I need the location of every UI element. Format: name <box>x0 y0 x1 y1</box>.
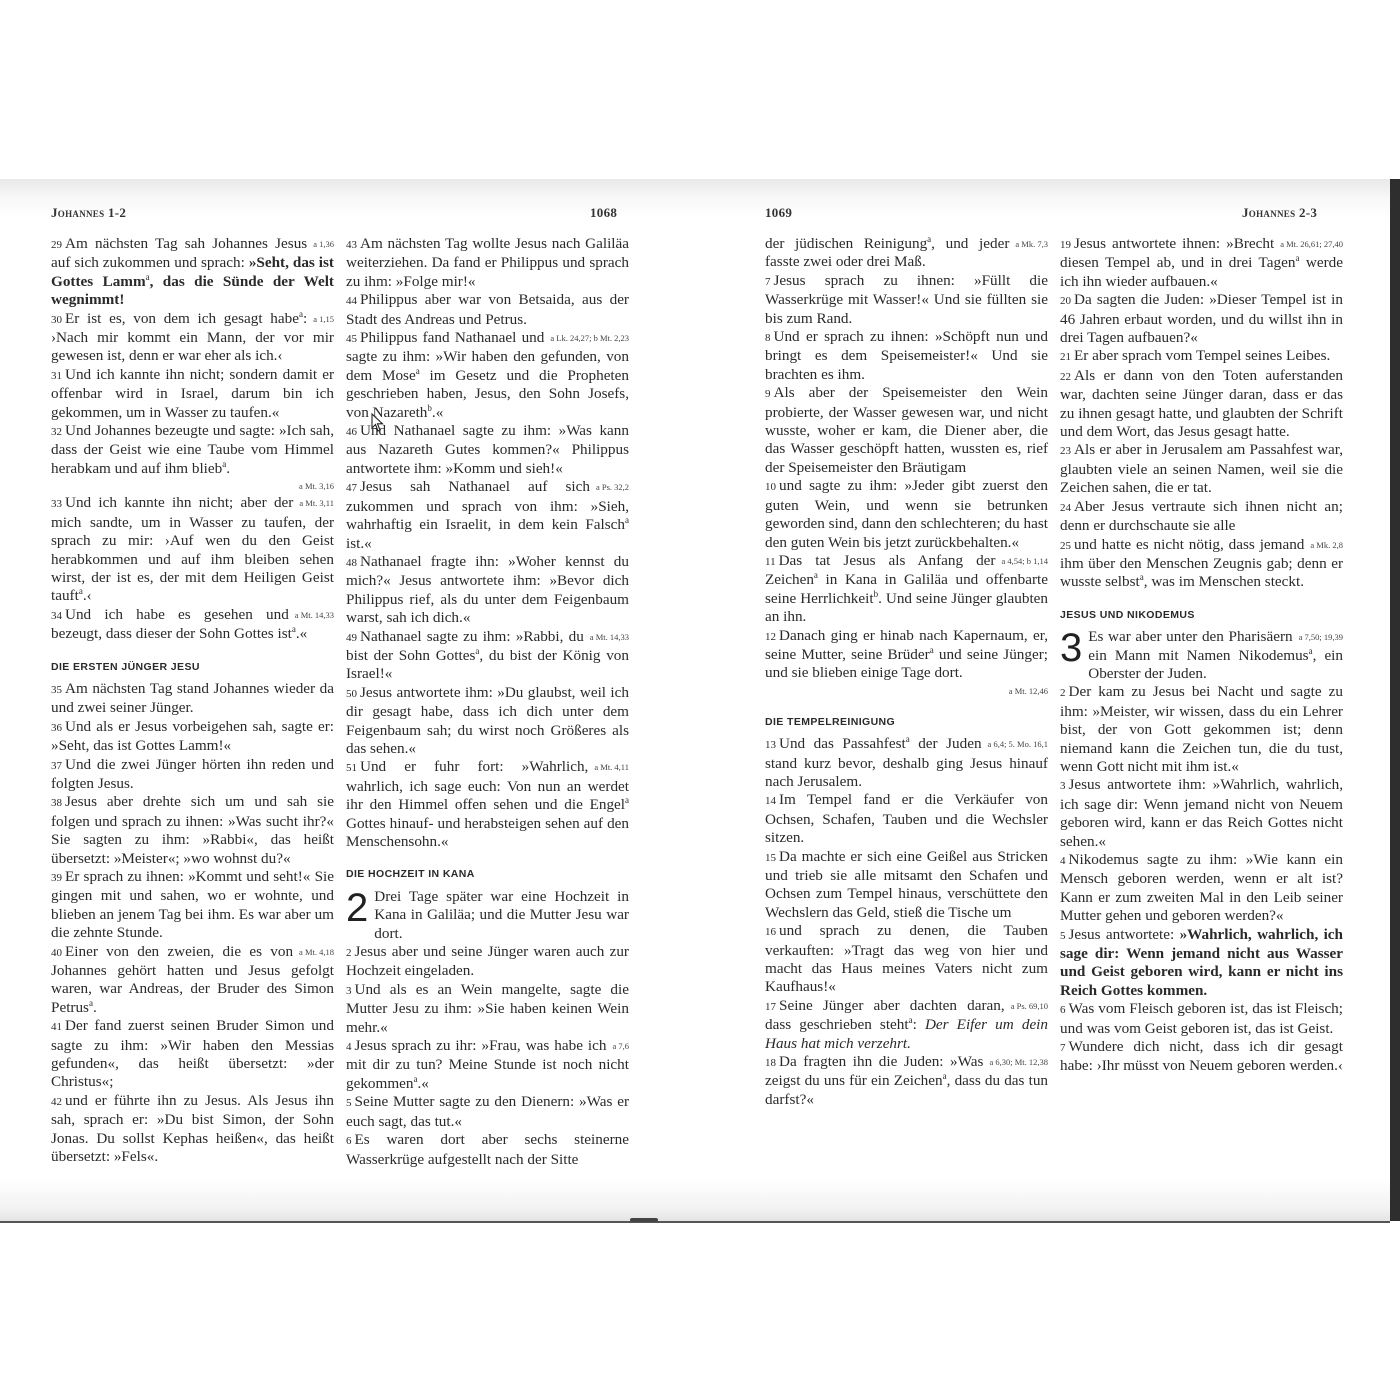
verse-text: Er sprach zu ihnen: »Kommt und seht!« Si… <box>51 868 334 941</box>
cross-reference: a Mt. 26,61; 27,40 <box>1280 235 1343 253</box>
verse-text: Und er fuhr fort: »Wahrlich, wahrlich, i… <box>346 758 629 813</box>
verse-text: Aber Jesus vertraute sich ihnen nicht an… <box>1060 498 1343 534</box>
cross-reference: a Mt. 4,11 <box>594 758 629 776</box>
verse-number: 42 <box>51 1096 62 1108</box>
verse-text: Und ich kannte ihn nicht; sondern damit … <box>51 366 334 421</box>
verse: 20Da sagten die Juden: »Dieser Tempel is… <box>1060 291 1343 347</box>
verse: a Ps. 69,1017Seine Jünger aber dachten d… <box>765 997 1048 1053</box>
verse-number: 11 <box>765 556 776 568</box>
verse-text: Er aber sprach vom Tempel seines Leibes. <box>1074 347 1330 364</box>
verse: 35Am nächsten Tag stand Johannes wieder … <box>51 680 334 718</box>
verse: 15Da machte er sich eine Geißel aus Stri… <box>765 848 1048 923</box>
verse-text: : <box>913 1016 925 1033</box>
verse-text: Jesus antwortete: <box>1069 926 1180 943</box>
verse-number: 12 <box>765 631 776 643</box>
verse-number: 15 <box>765 852 776 864</box>
verse: 5Jesus antwortete: »Wahrlich, wahrlich, … <box>1060 926 1343 1001</box>
verse-text: Am nächsten Tag wollte Jesus nach Galilä… <box>346 235 629 290</box>
verse-number: 4 <box>346 1041 352 1053</box>
verse: 22Als er dann von den Toten auferstanden… <box>1060 367 1343 442</box>
verse: 39Er sprach zu ihnen: »Kommt und seht!« … <box>51 868 334 943</box>
verse: 2Der kam zu Jesus bei Nacht und sagte zu… <box>1060 683 1343 776</box>
verse-text: Nathanael fragte ihn: »Woher kennst du m… <box>346 553 629 626</box>
verse-text: Und die zwei Jünger hörten ihn reden und… <box>51 756 334 792</box>
verse-text: .« <box>432 404 443 421</box>
verse-text: Jesus antwortete ihm: »Du glaubst, weil … <box>346 684 629 757</box>
verse: 16und sprach zu denen, die Tauben verkau… <box>765 922 1048 997</box>
verse-text: .« <box>296 625 307 642</box>
verse-text: und er führte ihn zu Jesus. Als Jesus ih… <box>51 1092 334 1165</box>
verse-number: 3 <box>346 985 352 997</box>
verse-text: ist.« <box>346 535 372 552</box>
left-page-column-1: a 1,3629Am nächsten Tag sah Johannes Jes… <box>51 235 334 1167</box>
verse-text: Und Johannes bezeugte und sagte: »Ich sa… <box>51 422 334 477</box>
verse-text: Als er dann von den Toten auferstanden w… <box>1060 367 1343 440</box>
verse: 21Er aber sprach vom Tempel seines Leibe… <box>1060 347 1343 366</box>
cross-reference: a Mt. 14,33 <box>295 606 334 624</box>
verse-number: 41 <box>51 1021 62 1033</box>
verse-number: 49 <box>346 632 357 644</box>
verse: a 6,30; Mt. 12,3818Da fragten ihn die Ju… <box>765 1053 1048 1109</box>
verse-text: Und er sprach zu ihnen: »Schöpft nun und… <box>765 328 1048 383</box>
verse-number: 47 <box>346 482 357 494</box>
verse-number: 6 <box>346 1135 352 1147</box>
verse: 10und sagte zu ihm: »Jeder gibt zuerst d… <box>765 477 1048 552</box>
verse: 24Aber Jesus vertraute sich ihnen nicht … <box>1060 498 1343 536</box>
verse: 38Jesus aber drehte sich um und sah sie … <box>51 793 334 868</box>
verse-text: Am nächsten Tag stand Johannes wieder da… <box>51 680 334 716</box>
verse-number: 30 <box>51 314 62 326</box>
verse: a Mt. 26,61; 27,4019Jesus antwortete ihn… <box>1060 235 1343 291</box>
verse-number: 14 <box>765 795 776 807</box>
verse-number: 37 <box>51 760 62 772</box>
verse-text: Philippus aber war von Betsaida, aus der… <box>346 291 629 327</box>
verse: 7Jesus sprach zu ihnen: »Füllt die Wasse… <box>765 272 1048 328</box>
verse-number: 4 <box>1060 855 1066 867</box>
verse-number: 32 <box>51 426 62 438</box>
cross-reference: a 1,36 <box>313 235 334 253</box>
section-heading: JESUS UND NIKODEMUS <box>1060 606 1343 624</box>
verse-text: Und Nathanael sagte zu ihm: »Was kann au… <box>346 422 629 477</box>
verse: a 1,1530Er ist es, von dem ich gesagt ha… <box>51 310 334 366</box>
verse-number: 31 <box>51 370 62 382</box>
verse-number: 10 <box>765 481 776 493</box>
verse: a 6,4; 5. Mo. 16,113Und das Passahfesta … <box>765 735 1048 791</box>
verse: a 4,54; b 1,1411Das tat Jesus als Anfang… <box>765 552 1048 627</box>
verse-number: 2 <box>1060 687 1066 699</box>
verse-text: Jesus aber drehte sich um und sah sie fo… <box>51 793 334 866</box>
verse-number: 3 <box>1060 780 1066 792</box>
verse: 32Und Johannes bezeugte und sagte: »Ich … <box>51 422 334 478</box>
section-heading: DIE HOCHZEIT IN KANA <box>346 865 629 883</box>
cross-reference: a Lk. 24,27; b Mt. 2,23 <box>550 329 629 347</box>
verse-number: 44 <box>346 295 357 307</box>
left-page-column-2: 43Am nächsten Tag wollte Jesus nach Gali… <box>346 235 629 1169</box>
verse: 6Was vom Fleisch geboren ist, das ist Fl… <box>1060 1000 1343 1038</box>
verse: a Mk. 2,825und hatte es nicht nötig, das… <box>1060 536 1343 592</box>
cross-reference: a 4,54; b 1,14 <box>1001 552 1048 570</box>
verse-number: 24 <box>1060 502 1071 514</box>
chapter-opening: 2Drei Tage später war eine Hochzeit in K… <box>346 888 629 943</box>
verse-text: Da sagten die Juden: »Dieser Tempel ist … <box>1060 291 1343 346</box>
book-right-edge <box>1390 179 1400 1221</box>
verse-number: 35 <box>51 684 62 696</box>
cross-reference: a Mt. 14,33 <box>590 628 629 646</box>
cross-reference: a Mk. 2,8 <box>1310 536 1343 554</box>
cross-reference: a Mt. 3,16 <box>51 478 334 494</box>
cross-reference: a 7,6 <box>612 1037 629 1055</box>
verse: 37Und die zwei Jünger hörten ihn reden u… <box>51 756 334 794</box>
verse: 6Es waren dort aber sechs steinerne Wass… <box>346 1131 629 1169</box>
verse-number: 18 <box>765 1057 776 1069</box>
verse-number: 48 <box>346 557 357 569</box>
verse: 31Und ich kannte ihn nicht; sondern dami… <box>51 366 334 422</box>
verse-text: Und ich habe es gesehen und bezeugt, das… <box>51 606 292 642</box>
verse-text: Nikodemus sagte zu ihm: »Wie kann ein Me… <box>1060 851 1343 924</box>
verse: a Mk. 7,3der jüdischen Reinigunga, und j… <box>765 235 1048 272</box>
verse: a Mt. 3,1133Und ich kannte ihn nicht; ab… <box>51 494 334 605</box>
verse: a Ps. 32,247Jesus sah Nathanael auf sich… <box>346 478 629 553</box>
chapter-number: 2 <box>346 891 368 925</box>
verse-text: Jesus sprach zu ihr: »Frau, was habe ich… <box>346 1037 629 1092</box>
verse-text: Gottes hinauf- und herabsteigen sehen au… <box>346 815 629 850</box>
verse: 7Wundere dich nicht, dass ich dir gesagt… <box>1060 1038 1343 1076</box>
verse: 48Nathanael fragte ihn: »Woher kennst du… <box>346 553 629 628</box>
verse: a Mt. 4,1840Einer von den zweien, die es… <box>51 943 334 1018</box>
verse-number: 19 <box>1060 239 1071 251</box>
verse: 5Seine Mutter sagte zu den Dienern: »Was… <box>346 1093 629 1131</box>
verse-number: 22 <box>1060 371 1071 383</box>
cross-reference: a Ps. 32,2 <box>596 478 629 496</box>
left-page-number: 1068 <box>590 205 617 221</box>
verse-text: der jüdischen Reinigung <box>765 235 927 252</box>
verse-text: Was vom Fleisch geboren ist, das ist Fle… <box>1060 1000 1343 1036</box>
verse-text: Es war aber unter den Pharisäern ein Man… <box>1088 628 1308 663</box>
verse-text: Und ich kannte ihn nicht; aber der mich … <box>51 494 334 604</box>
verse-number: 29 <box>51 239 62 251</box>
verse: 4Nikodemus sagte zu ihm: »Wie kann ein M… <box>1060 851 1343 926</box>
verse-text: . <box>226 460 230 477</box>
verse-text: Da machte er sich eine Geißel aus Strick… <box>765 848 1048 921</box>
verse-number: 51 <box>346 762 357 774</box>
mouse-cursor-icon <box>371 413 385 433</box>
verse-text: Er ist es, von dem ich gesagt habe <box>65 310 299 327</box>
verse-text: Jesus aber und seine Jünger waren auch z… <box>346 943 629 979</box>
verse: a Mt. 14,3349Nathanael sagte zu ihm: »Ra… <box>346 628 629 684</box>
verse-text: Und als er Jesus vorbeigehen sah, sagte … <box>51 718 334 754</box>
verse-text: und sagte zu ihm: »Jeder gibt zuerst den… <box>765 477 1048 550</box>
verse-text: Und das Passahfest <box>779 735 906 752</box>
verse-number: 5 <box>346 1097 352 1109</box>
verse-number: 50 <box>346 688 357 700</box>
left-running-head: Johannes 1-2 <box>51 205 126 221</box>
verse: a Lk. 24,27; b Mt. 2,2345Philippus fand … <box>346 329 629 422</box>
verse-text: Im Tempel fand er die Verkäufer von Ochs… <box>765 791 1048 846</box>
verse: 36Und als er Jesus vorbeigehen sah, sagt… <box>51 718 334 756</box>
verse: 3Und als es an Wein mangelte, sagte die … <box>346 981 629 1037</box>
verse-number: 17 <box>765 1001 776 1013</box>
verse-text: .« <box>417 1075 428 1092</box>
verse-text: Und als es an Wein mangelte, sagte die M… <box>346 981 629 1036</box>
verse-text: . <box>93 999 97 1016</box>
verse: 41Der fand zuerst seinen Bruder Simon un… <box>51 1017 334 1092</box>
verse-number: 25 <box>1060 540 1071 552</box>
cross-reference: a Mt. 3,11 <box>299 494 334 512</box>
verse-number: 2 <box>346 947 352 959</box>
verse: 3Jesus antwortete ihm: »Wahrlich, wahrli… <box>1060 776 1343 851</box>
verse-text: Seine Mutter sagte zu den Dienern: »Was … <box>346 1093 629 1129</box>
verse-number: 45 <box>346 333 357 345</box>
verse-number: 7 <box>765 276 771 288</box>
verse-text: Jesus sah Nathanael auf sich zukommen un… <box>346 478 629 533</box>
right-page-number: 1069 <box>765 205 792 221</box>
verse: a Mt. 4,1151Und er fuhr fort: »Wahrlich,… <box>346 758 629 851</box>
chapter-opening: 3a 7,50; 19,39Es war aber unter den Phar… <box>1060 628 1343 683</box>
verse: a Mt. 14,3334Und ich habe es gesehen und… <box>51 606 334 644</box>
verse-text: Der fand zuerst seinen Bruder Simon und … <box>51 1017 334 1090</box>
verse-text: Jesus antwortete ihnen: »Brecht diesen T… <box>1060 235 1295 271</box>
verse-text: .‹ <box>83 587 92 604</box>
verse-text: Drei Tage später war eine Hochzeit in Ka… <box>374 888 629 942</box>
verse: a 7,64Jesus sprach zu ihr: »Frau, was ha… <box>346 1037 629 1093</box>
verse-number: 8 <box>765 332 771 344</box>
verse-number: 43 <box>346 239 357 251</box>
cross-reference: a Ps. 69,10 <box>1011 997 1048 1015</box>
verse-number: 38 <box>51 797 62 809</box>
verse: 9Als aber der Speisemeister den Wein pro… <box>765 384 1048 477</box>
verse: 42und er führte ihn zu Jesus. Als Jesus … <box>51 1092 334 1167</box>
verse-number: 21 <box>1060 351 1071 363</box>
verse-text: Der kam zu Jesus bei Nacht und sagte zu … <box>1060 683 1343 775</box>
chapter-number: 3 <box>1060 631 1082 665</box>
cross-reference: a 1,15 <box>313 310 334 328</box>
verse-number: 13 <box>765 739 776 751</box>
cross-reference: a Mt. 4,18 <box>299 943 334 961</box>
right-page-column-1: a Mk. 7,3der jüdischen Reinigunga, und j… <box>765 235 1048 1109</box>
verse-text: Jesus sprach zu ihnen: »Füllt die Wasser… <box>765 272 1048 327</box>
verse-text: Wundere dich nicht, dass ich dir gesagt … <box>1060 1038 1343 1074</box>
verse-text: und sprach zu denen, die Tauben verkauft… <box>765 922 1048 995</box>
verse-number: 16 <box>765 926 776 938</box>
cross-reference: a Mt. 12,46 <box>765 683 1048 699</box>
verse: 8Und er sprach zu ihnen: »Schöpft nun un… <box>765 328 1048 384</box>
verse-number: 36 <box>51 722 62 734</box>
cross-reference: a 6,4; 5. Mo. 16,1 <box>988 735 1048 753</box>
verse: 23Als er aber in Jerusalem am Passahfest… <box>1060 441 1343 497</box>
verse: 46Und Nathanael sagte zu ihm: »Was kann … <box>346 422 629 478</box>
verse: a 1,3629Am nächsten Tag sah Johannes Jes… <box>51 235 334 310</box>
footnote-marker: a <box>625 515 629 525</box>
section-heading: DIE ERSTEN JÜNGER JESU <box>51 658 334 676</box>
verse: 50Jesus antwortete ihm: »Du glaubst, wei… <box>346 684 629 759</box>
footnote-marker: a <box>625 795 629 805</box>
verse-number: 9 <box>765 388 771 400</box>
verse-number: 23 <box>1060 445 1071 457</box>
verse-text: Jesus antwortete ihm: »Wahrlich, wahrlic… <box>1060 776 1343 849</box>
right-running-head: Johannes 2-3 <box>1242 205 1317 221</box>
gutter-mark <box>630 1218 658 1222</box>
verse: 12Danach ging er hinab nach Kapernaum, e… <box>765 627 1048 683</box>
verse-number: 46 <box>346 426 357 438</box>
verse: 43Am nächsten Tag wollte Jesus nach Gali… <box>346 235 629 291</box>
verse-number: 34 <box>51 610 62 622</box>
verse-number: 20 <box>1060 295 1071 307</box>
right-page-column-2: a Mt. 26,61; 27,4019Jesus antwortete ihn… <box>1060 235 1343 1076</box>
verse-number: 7 <box>1060 1042 1066 1054</box>
verse-number: 39 <box>51 872 62 884</box>
verse-number: 5 <box>1060 930 1066 942</box>
verse-text: , was im Menschen steckt. <box>1144 573 1304 590</box>
verse: 2Jesus aber und seine Jünger waren auch … <box>346 943 629 981</box>
verse-text: Als aber der Speisemeister den Wein prob… <box>765 384 1048 476</box>
cross-reference: a Mk. 7,3 <box>1015 235 1048 253</box>
verse-number: 33 <box>51 498 62 510</box>
verse-text: Als er aber in Jerusalem am Passahfest w… <box>1060 441 1343 496</box>
section-heading: DIE TEMPELREINIGUNG <box>765 713 1048 731</box>
verse: 44Philippus aber war von Betsaida, aus d… <box>346 291 629 329</box>
verse-text: Es waren dort aber sechs steinerne Wasse… <box>346 1131 629 1167</box>
verse-number: 40 <box>51 947 62 959</box>
cross-reference: a 6,30; Mt. 12,38 <box>989 1053 1048 1071</box>
verse-number: 6 <box>1060 1004 1066 1016</box>
verse: 14Im Tempel fand er die Verkäufer von Oc… <box>765 791 1048 847</box>
cross-reference: a 7,50; 19,39 <box>1299 628 1343 646</box>
